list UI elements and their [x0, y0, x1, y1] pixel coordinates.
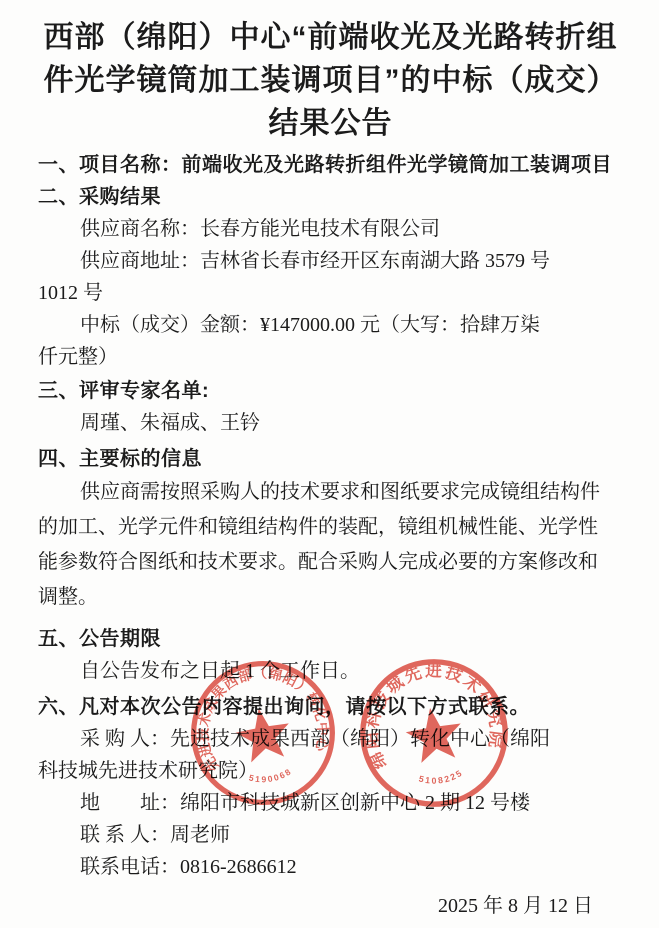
section-6-contact-heading: 六、凡对本次公告内容提出询问，请按以下方式联系。 [38, 691, 623, 723]
supplier-address-line-2: 1012 号 [38, 277, 623, 309]
section-1-project-name-heading: 一、项目名称：前端收光及光路转折组件光学镜筒加工装调项目 [38, 149, 623, 181]
section-4-subject-info-heading: 四、主要标的信息 [38, 443, 623, 475]
award-amount-line-2: 仟元整） [38, 341, 623, 373]
buyer-address: 地 址：绵阳市科技城新区创新中心 2 期 12 号楼 [38, 787, 623, 819]
notice-period-text: 自公告发布之日起 1 个工作日。 [38, 655, 623, 687]
section-3-experts-heading: 三、评审专家名单: [38, 375, 623, 407]
title-line-3: 结果公告 [38, 102, 623, 145]
award-amount-line-1: 中标（成交）金额：¥147000.00 元（大写：拾肆万柒 [38, 309, 623, 341]
buyer-name-line-1: 采 购 人：先进技术成果西部（绵阳）转化中心（绵阳 [38, 723, 623, 755]
bid-result-announcement-document: 西部（绵阳）中心“前端收光及光路转折组 件光学镜筒加工装调项目”的中标（成交） … [0, 0, 659, 928]
subject-paragraph-line-1: 供应商需按照采购人的技术要求和图纸要求完成镜组结构件 [38, 475, 623, 510]
title-line-1: 西部（绵阳）中心“前端收光及光路转折组 [38, 16, 623, 59]
buyer-name-line-2: 科技城先进技术研究院） [38, 755, 623, 787]
subject-paragraph-line-3: 能参数符合图纸和技术要求。配合采购人完成必要的方案修改和 [38, 545, 623, 580]
expert-names: 周瑾、朱福成、王钤 [38, 407, 623, 439]
subject-paragraph-line-4: 调整。 [38, 580, 623, 615]
contact-person: 联 系 人：周老师 [38, 819, 623, 851]
supplier-name: 供应商名称：长春方能光电技术有限公司 [38, 213, 623, 245]
announcement-date: 2025 年 8 月 12 日 [38, 891, 623, 921]
subject-paragraph-line-2: 的加工、光学元件和镜组结构件的装配，镜组机械性能、光学性 [38, 510, 623, 545]
section-2-procurement-result-heading: 二、采购结果 [38, 181, 623, 213]
contact-phone: 联系电话：0816-2686612 [38, 851, 623, 883]
section-5-notice-period-heading: 五、公告期限 [38, 623, 623, 655]
document-title: 西部（绵阳）中心“前端收光及光路转折组 件光学镜筒加工装调项目”的中标（成交） … [38, 16, 623, 145]
supplier-address-line-1: 供应商地址：吉林省长春市经开区东南湖大路 3579 号 [38, 245, 623, 277]
title-line-2: 件光学镜筒加工装调项目”的中标（成交） [38, 59, 623, 102]
